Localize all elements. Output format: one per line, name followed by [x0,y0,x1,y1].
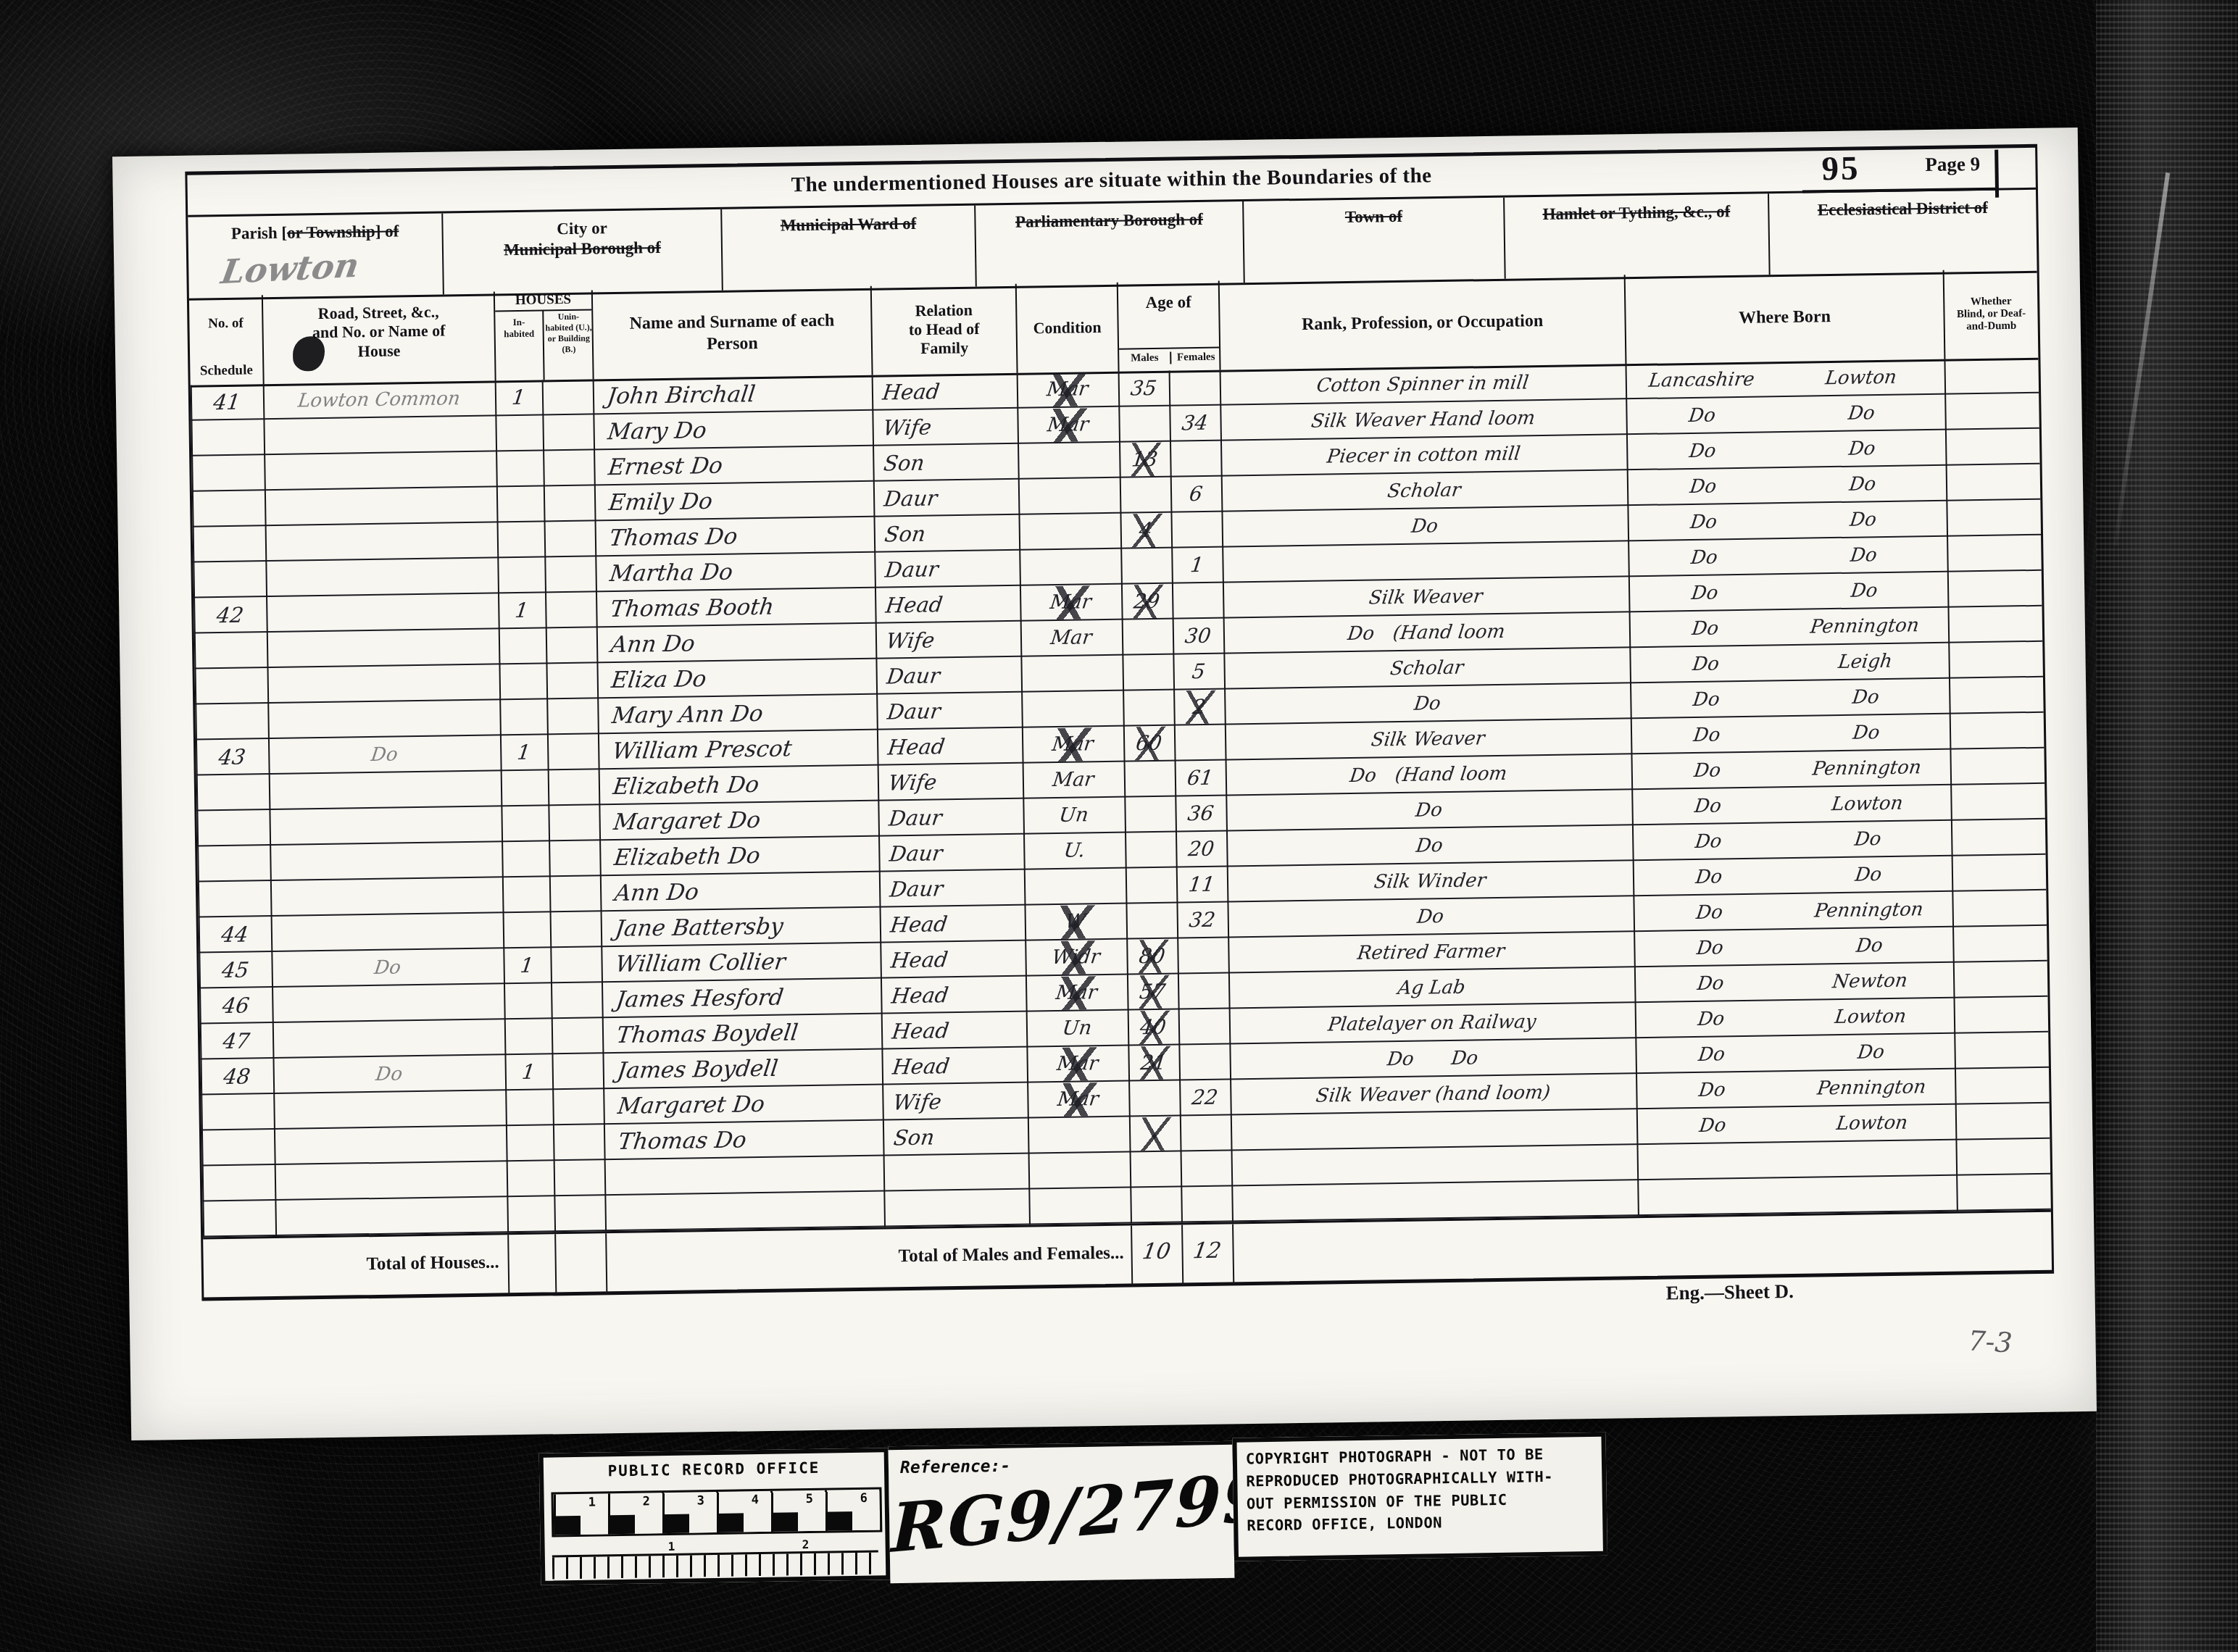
inhabited-value: 1 [493,380,544,414]
inhabited-value [494,487,546,521]
person-name: Mary Ann Do [610,696,879,733]
relation-value: Head [883,587,1022,622]
inhabited-value [504,1090,555,1125]
road-value [264,559,500,596]
road-label-2: and No. or Name of [312,322,446,342]
age-female-value [1176,974,1231,1008]
parish-label: Parish [ [231,224,288,243]
person-name: Margaret Do [616,1086,885,1124]
age-male-value: 4 [1118,514,1173,548]
road-value [263,523,499,560]
relation-value: Wife [891,1084,1030,1119]
ruler-number: 2 [802,1538,809,1551]
road-value [267,807,504,844]
schedule-number: 42 [195,598,266,632]
inhabited-value [501,913,552,947]
born-place-value: Do [1780,680,1951,716]
inhabited-value [499,771,550,805]
born-place-value: Do [1779,538,1950,574]
born-place-value: Do [1784,928,1955,964]
ruler-number: 4 [752,1493,760,1507]
relation-value: Daur [886,693,1024,729]
pro-stamp-strip: PUBLIC RECORD OFFICE 1 2 3 4 5 6 1 2 Ref… [539,1432,1632,1594]
road-value [270,985,507,1022]
parish-value-handwritten: Lowton [218,246,362,293]
occupation-value: Piecer in cotton mill [1218,435,1628,475]
relation-value [893,1190,1031,1226]
road-value [273,1162,509,1199]
age-female-value [1178,1151,1234,1185]
ruler-number: 6 [860,1491,868,1506]
road-label-1: Road, Street, &c., [318,303,439,322]
ruler-number: 3 [697,1493,705,1508]
occupation-value: Do (Hand loom [1223,755,1634,794]
occupation-value: Do [1223,684,1633,723]
inhabited-label-2: habited [504,328,534,340]
relation-label-2: to Head of [909,320,980,338]
schedule-label-1: No. of [189,315,262,332]
road-value [268,878,504,915]
census-table: The undermentioned Houses are situate wi… [185,144,2054,1301]
age-female-value: 11 [1174,867,1229,901]
ruler-number: 5 [805,1492,813,1506]
occupation-value: Silk Weaver (hand loom) [1228,1075,1639,1114]
born-place-value: Do [1777,467,1948,503]
name-label-2: Person [707,334,758,354]
column-where-born: Where Born [1624,270,1944,364]
schedule-number: 41 [191,385,262,419]
schedule-label-2: Schedule [190,362,262,379]
born-county-value [1635,1143,1792,1179]
born-place-value: Pennington [1784,893,1955,929]
person-name: Thomas Booth [608,589,877,627]
condition-value [1020,692,1126,727]
born-county-value: Do [1633,1001,1789,1037]
occupation-value [1220,542,1631,581]
road-value [265,665,502,702]
born-county-value: Do [1626,540,1783,575]
condition-value: W [1023,905,1128,940]
parish-cell: Parish [or Township] of Lowton [188,213,443,298]
hamlet-label-struck: Hamlet or Tything, &c., of [1542,202,1730,223]
inhabited-value [494,451,546,485]
age-male-value [1121,691,1176,725]
road-value: Do [266,736,502,773]
parliamentary-label-struck: Parliamentary Borough of [1015,210,1203,231]
born-place-value: Pennington [1781,751,1952,787]
born-county-value: Do [1628,646,1784,682]
data-rows: 41 Lowton Common 1 John Birchall Head Ma… [191,358,2051,1238]
page-title: The undermentioned Houses are situate wi… [791,164,1431,197]
age-male-value [1128,1152,1183,1186]
column-schedule: No. of Schedule [189,295,263,385]
born-county-value: Do [1630,788,1786,824]
age-male-value: 29 [1119,585,1174,619]
age-female-value [1177,1045,1232,1079]
age-male-value [1120,656,1176,690]
born-place-value: Do [1778,502,1949,538]
occupation-value: Do [1224,790,1634,830]
born-county-value: Do [1630,824,1786,859]
relation-value: Head [891,1048,1029,1084]
age-male-value [1124,904,1179,938]
age-male-value [1123,869,1178,903]
born-place-value: Newton [1784,964,1955,1000]
born-county-value: Do [1632,966,1789,1001]
total-houses-label: Total of Houses... [204,1252,499,1277]
age-male-value [1122,762,1177,796]
occupation-value: Silk Weaver Hand loom [1218,400,1628,439]
born-place-value: Leigh [1780,644,1951,680]
born-county-value: Do [1624,433,1781,469]
road-value [272,1127,508,1164]
inhabited-value [494,416,545,450]
relation-value: Daur [885,658,1023,693]
males-label: Males [1119,352,1170,365]
age-male-value: 35 [1116,372,1171,406]
parish-label-struck: or Township] of [287,222,399,241]
inhabited-value [504,1161,556,1196]
where-born-label: Where Born [1739,307,1831,328]
occupation-value: Retired Farmer [1226,933,1636,972]
ecclesiastical-label-struck: Ecclesiastical District of [1818,199,1988,219]
relation-value: Head [890,1013,1028,1048]
road-value [268,843,504,880]
born-place-value: Do [1776,431,1947,467]
schedule-number [193,491,264,525]
age-male-value: 57 [1125,975,1180,1009]
person-name: James Hesford [614,980,883,1017]
person-name: Jane Battersby [613,909,882,946]
column-age-group: Age of Males Females [1117,281,1220,372]
age-male-value: 21 [1126,1046,1181,1080]
born-place-value: Do [1786,1035,1957,1071]
occupation-value: Ag Lab [1226,968,1636,1007]
person-name [617,1193,886,1230]
condition-value: Mar [1018,621,1124,656]
inhabited-value [502,984,553,1018]
occupation-value: Silk Weaver [1223,719,1633,759]
inhabited-value [496,558,547,592]
road-value [269,914,505,951]
age-female-value: 6 [1168,477,1223,512]
city-label: City or [557,219,607,238]
born-place-value: Pennington [1779,609,1950,645]
born-place-value [1787,1141,1958,1177]
relation-value: Wife [886,764,1025,800]
age-female-value: 30 [1170,619,1226,653]
age-male-value: 80 [1125,939,1180,973]
condition-value: Mar [1023,976,1129,1011]
person-name: William Prescot [610,731,879,769]
schedule-number [204,1201,275,1235]
condition-value [1015,443,1121,478]
relation-value: Daur [882,480,1020,516]
pro-office-label: PUBLIC RECORD OFFICE [544,1458,884,1480]
relation-value [892,1155,1031,1190]
age-male-value [1127,1081,1182,1115]
age-female-value [1179,1187,1234,1221]
condition-value: Mar [1026,1082,1131,1117]
relation-label-1: Relation [915,301,973,320]
road-value [262,452,499,489]
person-name: Ann Do [609,625,878,662]
born-place-value: Lowton [1786,1106,1958,1142]
age-male-value [1120,620,1175,654]
inhabited-value [500,842,552,876]
relation-value: Son [882,445,1020,480]
schedule-number [192,420,263,454]
occupation-value: Silk Winder [1225,862,1635,901]
condition-value: Mar [1015,372,1120,407]
inhabited-value [500,877,552,911]
town-cell: Town of [1242,198,1505,283]
folio-number: 95 [1821,149,1860,188]
column-road: Road, Street, &c., and No. or Name of Ho… [262,291,495,384]
person-name: James Boydell [615,1051,884,1088]
road-value: Do [270,949,506,986]
born-county-value: Do [1631,859,1787,895]
houses-label: HOUSES [495,291,591,312]
age-female-value: 32 [1175,903,1230,937]
name-label-1: Name and Surname of each [629,311,834,333]
occupation-value: Do [1224,826,1634,865]
schedule-number [202,1095,273,1129]
relation-value: Daur [883,551,1022,587]
born-county-value: Do [1625,469,1781,504]
town-label-struck: Town of [1345,207,1402,226]
person-name [617,1157,886,1195]
born-county-value: Do [1628,717,1785,753]
pro-ruler-stamp: PUBLIC RECORD OFFICE 1 2 3 4 5 6 1 2 [539,1448,891,1585]
person-name: Ernest Do [607,447,875,485]
municipal-ward-cell: Municipal Ward of [720,206,976,291]
inhabited-value [502,1019,554,1054]
person-name: Eliza Do [610,660,878,698]
total-males-value: 10 [1128,1235,1184,1269]
column-occupation: Rank, Profession, or Occupation [1218,275,1626,370]
sheet-label: Eng.—Sheet D. [1665,1280,1794,1305]
age-female-value [1170,584,1225,618]
age-female-value: 61 [1173,761,1228,795]
column-condition: Condition [1015,283,1118,373]
schedule-number [193,456,264,490]
relation-value: Daur [887,800,1026,835]
condition-value [1018,550,1123,585]
inhabited-value [495,522,546,556]
condition-value [1016,479,1122,514]
road-value [270,1020,507,1057]
census-sheet: The undermentioned Houses are situate wi… [112,128,2097,1440]
road-value [267,772,503,809]
born-place-value: Lowton [1785,999,1956,1035]
road-value [272,1091,508,1128]
schedule-number [197,775,268,809]
schedule-number [194,562,265,596]
uninhabited-label: Unin-habited (U.), or Building (B.) [545,312,592,354]
blind-label-3: and-Dumb [1966,320,2016,332]
relation-label-3: Family [920,338,968,357]
born-county-value: Do [1634,1037,1790,1072]
age-male-value: 60 [1121,727,1176,761]
relation-value: Head [886,729,1024,764]
film-edge-band [2096,0,2238,1652]
schedule-number [198,811,269,845]
condition-label: Condition [1033,317,1102,336]
inhabited-label-1: In- [513,317,525,328]
schedule-number [195,633,266,667]
born-county-value: Lancashire [1623,362,1780,398]
condition-value: Mar [1018,585,1123,620]
occupation-value: Do [1220,506,1630,546]
ruler-number: 1 [668,1540,675,1553]
condition-value: Mar [1020,763,1126,798]
reference-label: Reference:- [900,1457,1011,1477]
age-male-value [1123,833,1178,867]
schedule-number [199,846,270,880]
person-name: Martha Do [608,554,877,591]
females-label: Females [1170,351,1220,364]
condition-value [1019,656,1125,691]
occupation-value: Platelayer on Railway [1227,1004,1637,1043]
person-name: Ann Do [612,873,881,911]
person-name: Elizabeth Do [611,767,880,804]
column-name: Name and Surname of each Person [591,286,872,380]
film-scratch [2113,172,2170,546]
column-houses-group: HOUSES In- habited Unin-habited (U.), or… [494,290,593,380]
relation-value: Daur [888,871,1026,906]
ruler-fine-scale: 1 2 [552,1536,879,1579]
schedule-number [202,1130,273,1164]
schedule-number: 47 [201,1024,272,1058]
schedule-number [199,882,270,916]
occupation-value: Silk Weaver [1220,577,1631,617]
occupation-value: Cotton Spinner in mill [1218,364,1628,404]
condition-value: Mar [1020,727,1126,762]
person-name: Thomas Do [616,1122,885,1159]
inhabited-value [504,1126,555,1160]
age-female-value [1172,725,1227,759]
relation-value: Head [889,977,1028,1013]
age-female-value [1176,1009,1231,1043]
inhabited-value [497,664,549,698]
road-value [273,1198,509,1235]
road-label-3: House [357,341,400,360]
column-relation: Relation to Head of Family [870,284,1017,375]
city-label-struck: Municipal Borough of [504,238,661,259]
born-place-value [1788,1177,1959,1213]
schedule-number: 45 [200,953,271,987]
total-males-females-label: Total of Males and Females... [652,1243,1123,1271]
road-value [265,630,501,667]
inhabited-value: 1 [502,948,553,983]
person-name: Mary Do [606,412,875,449]
hamlet-cell: Hamlet or Tything, &c., of [1503,193,1769,278]
relation-value: Head [889,942,1028,977]
born-county-value [1636,1179,1792,1214]
ruler-number: 1 [588,1495,596,1510]
inhabited-value: 1 [498,735,549,769]
parliamentary-borough-cell: Parliamentary Borough of [974,201,1244,286]
column-uninhabited: Unin-habited (U.), or Building (B.) [542,309,594,380]
born-county-value: Do [1634,1072,1790,1108]
blind-label-2: Blind, or Deaf- [1957,307,2026,320]
born-county-value: Do [1624,398,1781,433]
road-value [266,701,502,738]
condition-value: Mar [1025,1047,1131,1082]
born-county-value: Do [1634,1108,1791,1143]
page-number: Page 9 [1925,153,1980,176]
condition-value: Un [1024,1011,1130,1046]
ruler-inch-scale: 1 2 3 4 5 6 [551,1487,882,1537]
born-county-value: Do [1626,575,1783,611]
pencil-annotation: 7-3 [1967,1324,2013,1359]
condition-value [1026,1153,1132,1188]
road-value: Do [271,1056,507,1093]
age-male-value [1128,1188,1184,1222]
person-name: Thomas Do [607,518,876,556]
occupation-value: Scholar [1219,471,1629,510]
schedule-number [196,669,267,703]
person-name: John Birchall [605,376,874,414]
born-place-value: Do [1781,715,1952,751]
occupation-value [1229,1146,1639,1185]
occupation-label: Rank, Profession, or Occupation [1302,311,1543,333]
age-female-value [1176,938,1231,972]
occupation-value [1228,1110,1639,1149]
age-male-value [1123,798,1178,832]
age-female-value: 36 [1173,796,1228,830]
age-female-value [1169,513,1224,547]
condition-value: Mar [1015,408,1121,443]
born-county-value: Do [1627,611,1784,646]
condition-value: Widr [1023,940,1129,975]
age-female-value: 1 [1170,548,1225,583]
condition-value [1017,514,1123,549]
road-value [265,594,501,631]
born-county-value: Do [1629,753,1786,788]
column-blind-deaf: Whether Blind, or Deaf- and-Dumb [1943,269,2039,359]
age-female-value: 2 [1172,690,1227,724]
age-label: Age of [1118,293,1218,313]
inhabited-value: 1 [503,1055,554,1089]
ecclesiastical-district-cell: Ecclesiastical District of [1768,190,2037,275]
condition-value [1026,1118,1131,1153]
schedule-number [194,527,265,561]
blind-label-1: Whether [1971,295,2012,307]
born-place-value: Do [1779,573,1950,609]
ink-blot [293,336,325,372]
inhabited-value [499,806,551,840]
relation-value: Wife [884,622,1023,658]
city-borough-cell: City or Municipal Borough of [441,209,722,295]
ward-label-struck: Municipal Ward of [781,214,917,235]
relation-value: Daur [888,835,1026,871]
occupation-value: Do (Hand loom [1221,613,1631,652]
age-female-value: 34 [1168,406,1223,441]
relation-value: Head [889,906,1027,942]
age-female-value: 20 [1173,832,1228,866]
condition-value: U. [1021,834,1127,869]
relation-value: Head [881,374,1019,409]
age-female-value [1168,442,1223,476]
age-female-value: 5 [1171,654,1226,688]
road-value: Lowton Common [261,381,497,418]
occupation-value [1230,1181,1640,1220]
born-county-value: Do [1626,504,1782,540]
inhabited-value [496,629,548,663]
schedule-number: 48 [201,1059,273,1093]
